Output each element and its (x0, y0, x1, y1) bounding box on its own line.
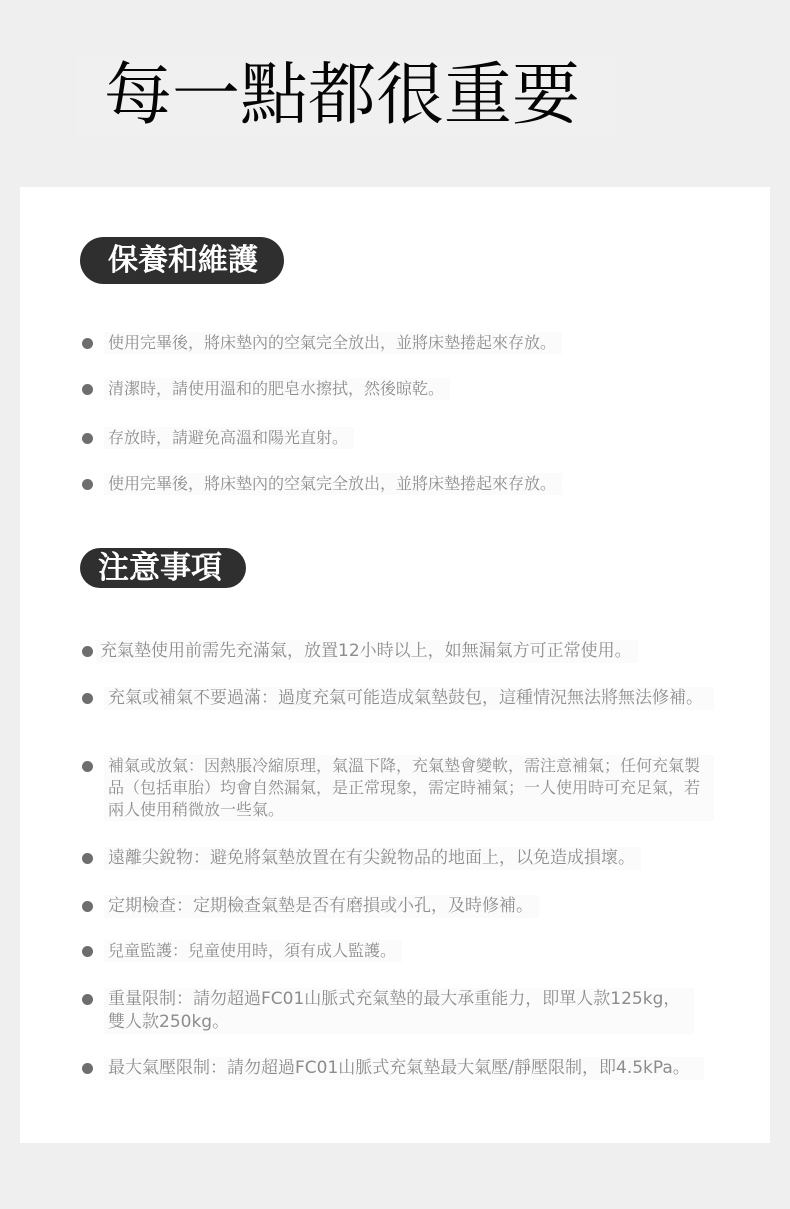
bullet-icon (82, 646, 93, 657)
bullet-icon (82, 994, 93, 1005)
list-item-text: 充氣或補氣不要過滿：過度充氣可能造成氣墊鼓包，這種情況無法將無法修補。 (104, 687, 714, 710)
bullet-icon (82, 901, 93, 912)
list-item-text: 兒童監護：兒童使用時，須有成人監護。 (104, 940, 402, 962)
page-title: 每一點都很重要 (104, 54, 580, 138)
list-item-text: 重量限制：請勿超過FC01山脈式充氣墊的最大承重能力，即單人款125kg，雙人款… (104, 988, 694, 1034)
list-item-text: 清潔時，請使用溫和的肥皂水擦拭，然後晾乾。 (104, 378, 450, 400)
bullet-icon (82, 853, 93, 864)
section-heading-precautions: 注意事項 (80, 548, 246, 588)
bullet-icon (82, 761, 93, 772)
list-item-text: 最大氣壓限制：請勿超過FC01山脈式充氣墊最大氣壓/靜壓限制，即4.5kPa。 (104, 1057, 704, 1080)
bullet-icon (82, 946, 93, 957)
bullet-icon (82, 693, 93, 704)
bullet-icon (82, 1063, 93, 1074)
list-item-text: 存放時，請避免高溫和陽光直射。 (104, 427, 354, 449)
list-item-text: 補氣或放氣：因熱脹冷縮原理，氣溫下降，充氣墊會變軟，需注意補氣；任何充氣製品（包… (104, 755, 714, 821)
content-card: 保養和維護 使用完畢後，將床墊內的空氣完全放出，並將床墊捲起來存放。 清潔時，請… (20, 187, 770, 1143)
bullet-icon (82, 433, 93, 444)
list-item-text: 使用完畢後，將床墊內的空氣完全放出，並將床墊捲起來存放。 (104, 473, 562, 495)
list-item-text: 定期檢查：定期檢查氣墊是否有磨損或小孔，及時修補。 (104, 895, 539, 918)
bullet-icon (82, 479, 93, 490)
list-item-text: 使用完畢後，將床墊內的空氣完全放出，並將床墊捲起來存放。 (104, 332, 562, 354)
bullet-icon (82, 384, 93, 395)
list-item-text: 遠離尖銳物：避免將氣墊放置在有尖銳物品的地面上，以免造成損壞。 (104, 847, 641, 870)
section-heading-maintenance: 保養和維護 (80, 237, 284, 284)
bullet-icon (82, 338, 93, 349)
list-item-text: 充氣墊使用前需先充滿氣，放置12小時以上，如無漏氣方可正常使用。 (96, 640, 638, 663)
